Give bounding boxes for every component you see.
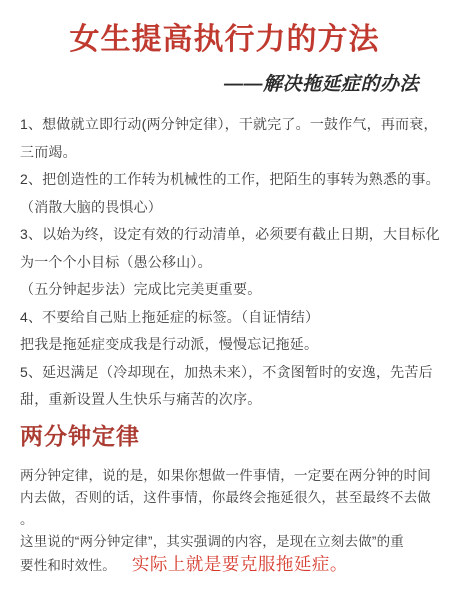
paragraph-line: 。 (20, 509, 449, 531)
paragraph-line: 要性和时效性。 (20, 558, 116, 573)
section-paragraph: 两分钟定律，说的是，如果你想做一件事情，一定要在两分钟的时间 内去做，否则的话，… (20, 465, 449, 575)
page-subtitle: ——解决拖延症的办法 (0, 73, 449, 97)
tips-list: 1、想做就立即行动(两分钟定律），干就完了。一鼓作气，再而衰， 三而竭。 2、把… (0, 111, 449, 414)
tip-line: 5、延迟满足（冷却现在，加热未来），不贪图暂时的安逸，先苦后 (20, 359, 449, 387)
tip-line: 把我是拖延症变成我是行动派，慢慢忘记拖延。 (20, 331, 449, 359)
paragraph-line: 这里说的“两分钟定律”，其实强调的内容，是现在立刻去做”的重 (20, 531, 449, 553)
page-title: 女生提高执行力的方法 (0, 21, 449, 59)
tip-line: 三而竭。 (20, 139, 449, 167)
tip-line: 2、把创造性的工作转为机械性的工作，把陌生的事转为熟悉的事。 (20, 166, 449, 194)
tip-line: 为一个个小目标（愚公移山）。 (20, 249, 449, 277)
note-page: 女生提高执行力的方法 ——解决拖延症的办法 1、想做就立即行动(两分钟定律），干… (0, 0, 449, 600)
tip-line: 4、不要给自己贴上拖延症的标签。（自证情结） (20, 304, 449, 332)
paragraph-last-row: 要性和时效性。实际上就是要克服拖延症。 (20, 553, 449, 575)
paragraph-line: 两分钟定律，说的是，如果你想做一件事情，一定要在两分钟的时间 (20, 465, 449, 487)
section-heading: 两分钟定律 (20, 423, 449, 451)
tip-line: （消散大脑的畏惧心） (20, 194, 449, 222)
paragraph-line: 内去做，否则的话，这件事情，你最终会拖延很久，甚至最终不去做 (20, 487, 449, 509)
tip-line: （五分钟起步法）完成比完美更重要。 (20, 276, 449, 304)
tip-line: 1、想做就立即行动(两分钟定律），干就完了。一鼓作气，再而衰， (20, 111, 449, 139)
tip-line: 甜，重新设置人生快乐与痛苦的次序。 (20, 386, 449, 414)
tip-line: 3、以始为终，设定有效的行动清单，必须要有截止日期，大目标化 (20, 221, 449, 249)
highlight-text: 实际上就是要克服拖延症。 (132, 554, 348, 574)
